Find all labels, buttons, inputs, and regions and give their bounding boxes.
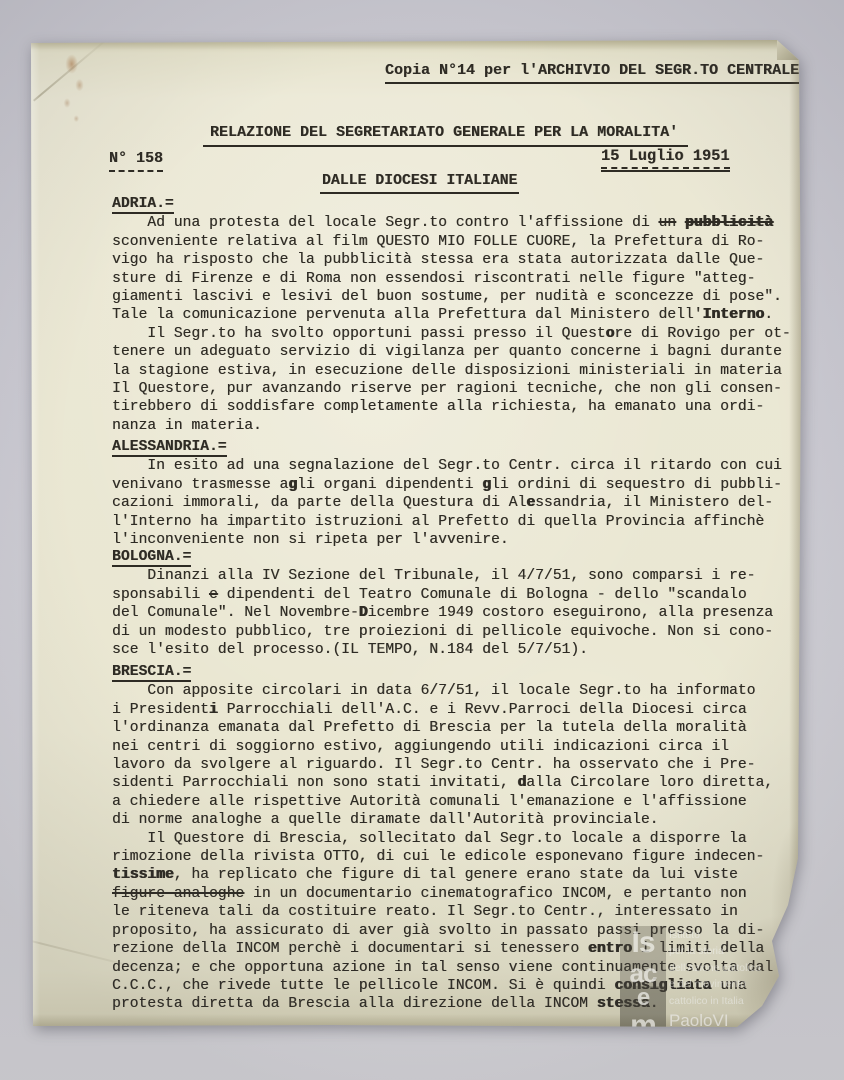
- copy-annotation: Copia N°14 per l'ARCHIVIO DEL SEGR.TO CE…: [385, 62, 799, 84]
- struck-text: un: [658, 215, 676, 231]
- struck-text: pubblicità: [685, 215, 773, 231]
- paper-sheet: Copia N°14 per l'ARCHIVIO DEL SEGR.TO CE…: [31, 38, 801, 1028]
- overstruck-text: o: [606, 326, 615, 342]
- section-body: Dinanzi alla IV Sezione del Tribunale, i…: [112, 567, 802, 659]
- overstruck-text: D: [359, 605, 368, 621]
- overstruck-text: i: [209, 702, 218, 718]
- stain-mark: [51, 50, 97, 128]
- overstruck-text: g: [482, 477, 491, 493]
- section-body: Ad una protesta del locale Segr.to contr…: [112, 214, 802, 435]
- document-number: N° 158: [109, 150, 163, 172]
- isacem-logo-letter: m: [620, 1010, 666, 1042]
- overstruck-text: g: [288, 477, 297, 493]
- watermark-name: PaoloVI: [669, 1011, 761, 1031]
- document-subtitle: DALLE DIOCESI ITALIANE: [320, 172, 519, 194]
- overstruck-text: e: [526, 495, 535, 511]
- section-body: Con apposite circolari in data 6/7/51, i…: [112, 682, 802, 1013]
- document-page: Copia N°14 per l'ARCHIVIO DEL SEGR.TO CE…: [31, 38, 801, 1028]
- overstruck-text: tissime: [112, 867, 174, 883]
- overstruck-text: d: [517, 775, 526, 791]
- overstruck-text: Interno: [703, 307, 765, 323]
- document-date: 15 Luglio 1951: [601, 147, 730, 172]
- document-title: RELAZIONE DEL SEGRETARIATO GENERALE PER …: [203, 124, 688, 147]
- section-adria: ADRIA.= Ad una protesta del locale Segr.…: [112, 194, 802, 435]
- section-heading: ADRIA.=: [112, 196, 174, 214]
- overstruck-text: consigliata: [614, 978, 711, 994]
- struck-text: figure analoghe: [112, 886, 244, 902]
- folded-corner: [777, 40, 799, 60]
- section-alessandria: ALESSANDRIA.= In esito ad una segnalazio…: [112, 437, 802, 549]
- section-heading: BRESCIA.=: [112, 664, 191, 682]
- section-heading: ALESSANDRIA.=: [112, 439, 227, 457]
- section-brescia: BRESCIA.= Con apposite circolari in data…: [112, 662, 802, 1014]
- overstruck-text: stessa: [597, 996, 650, 1012]
- photo-background: { "colors": { "background": "#cac9d1", "…: [0, 0, 844, 1080]
- struck-text: e: [209, 587, 218, 603]
- crease-line: [33, 41, 105, 102]
- section-body: In esito ad una segnalazione del Segr.to…: [112, 457, 802, 549]
- section-heading: BOLOGNA.=: [112, 549, 191, 567]
- section-bologna: BOLOGNA.= Dinanzi alla IV Sezione del Tr…: [112, 547, 802, 659]
- overstruck-text: entro: [588, 941, 632, 957]
